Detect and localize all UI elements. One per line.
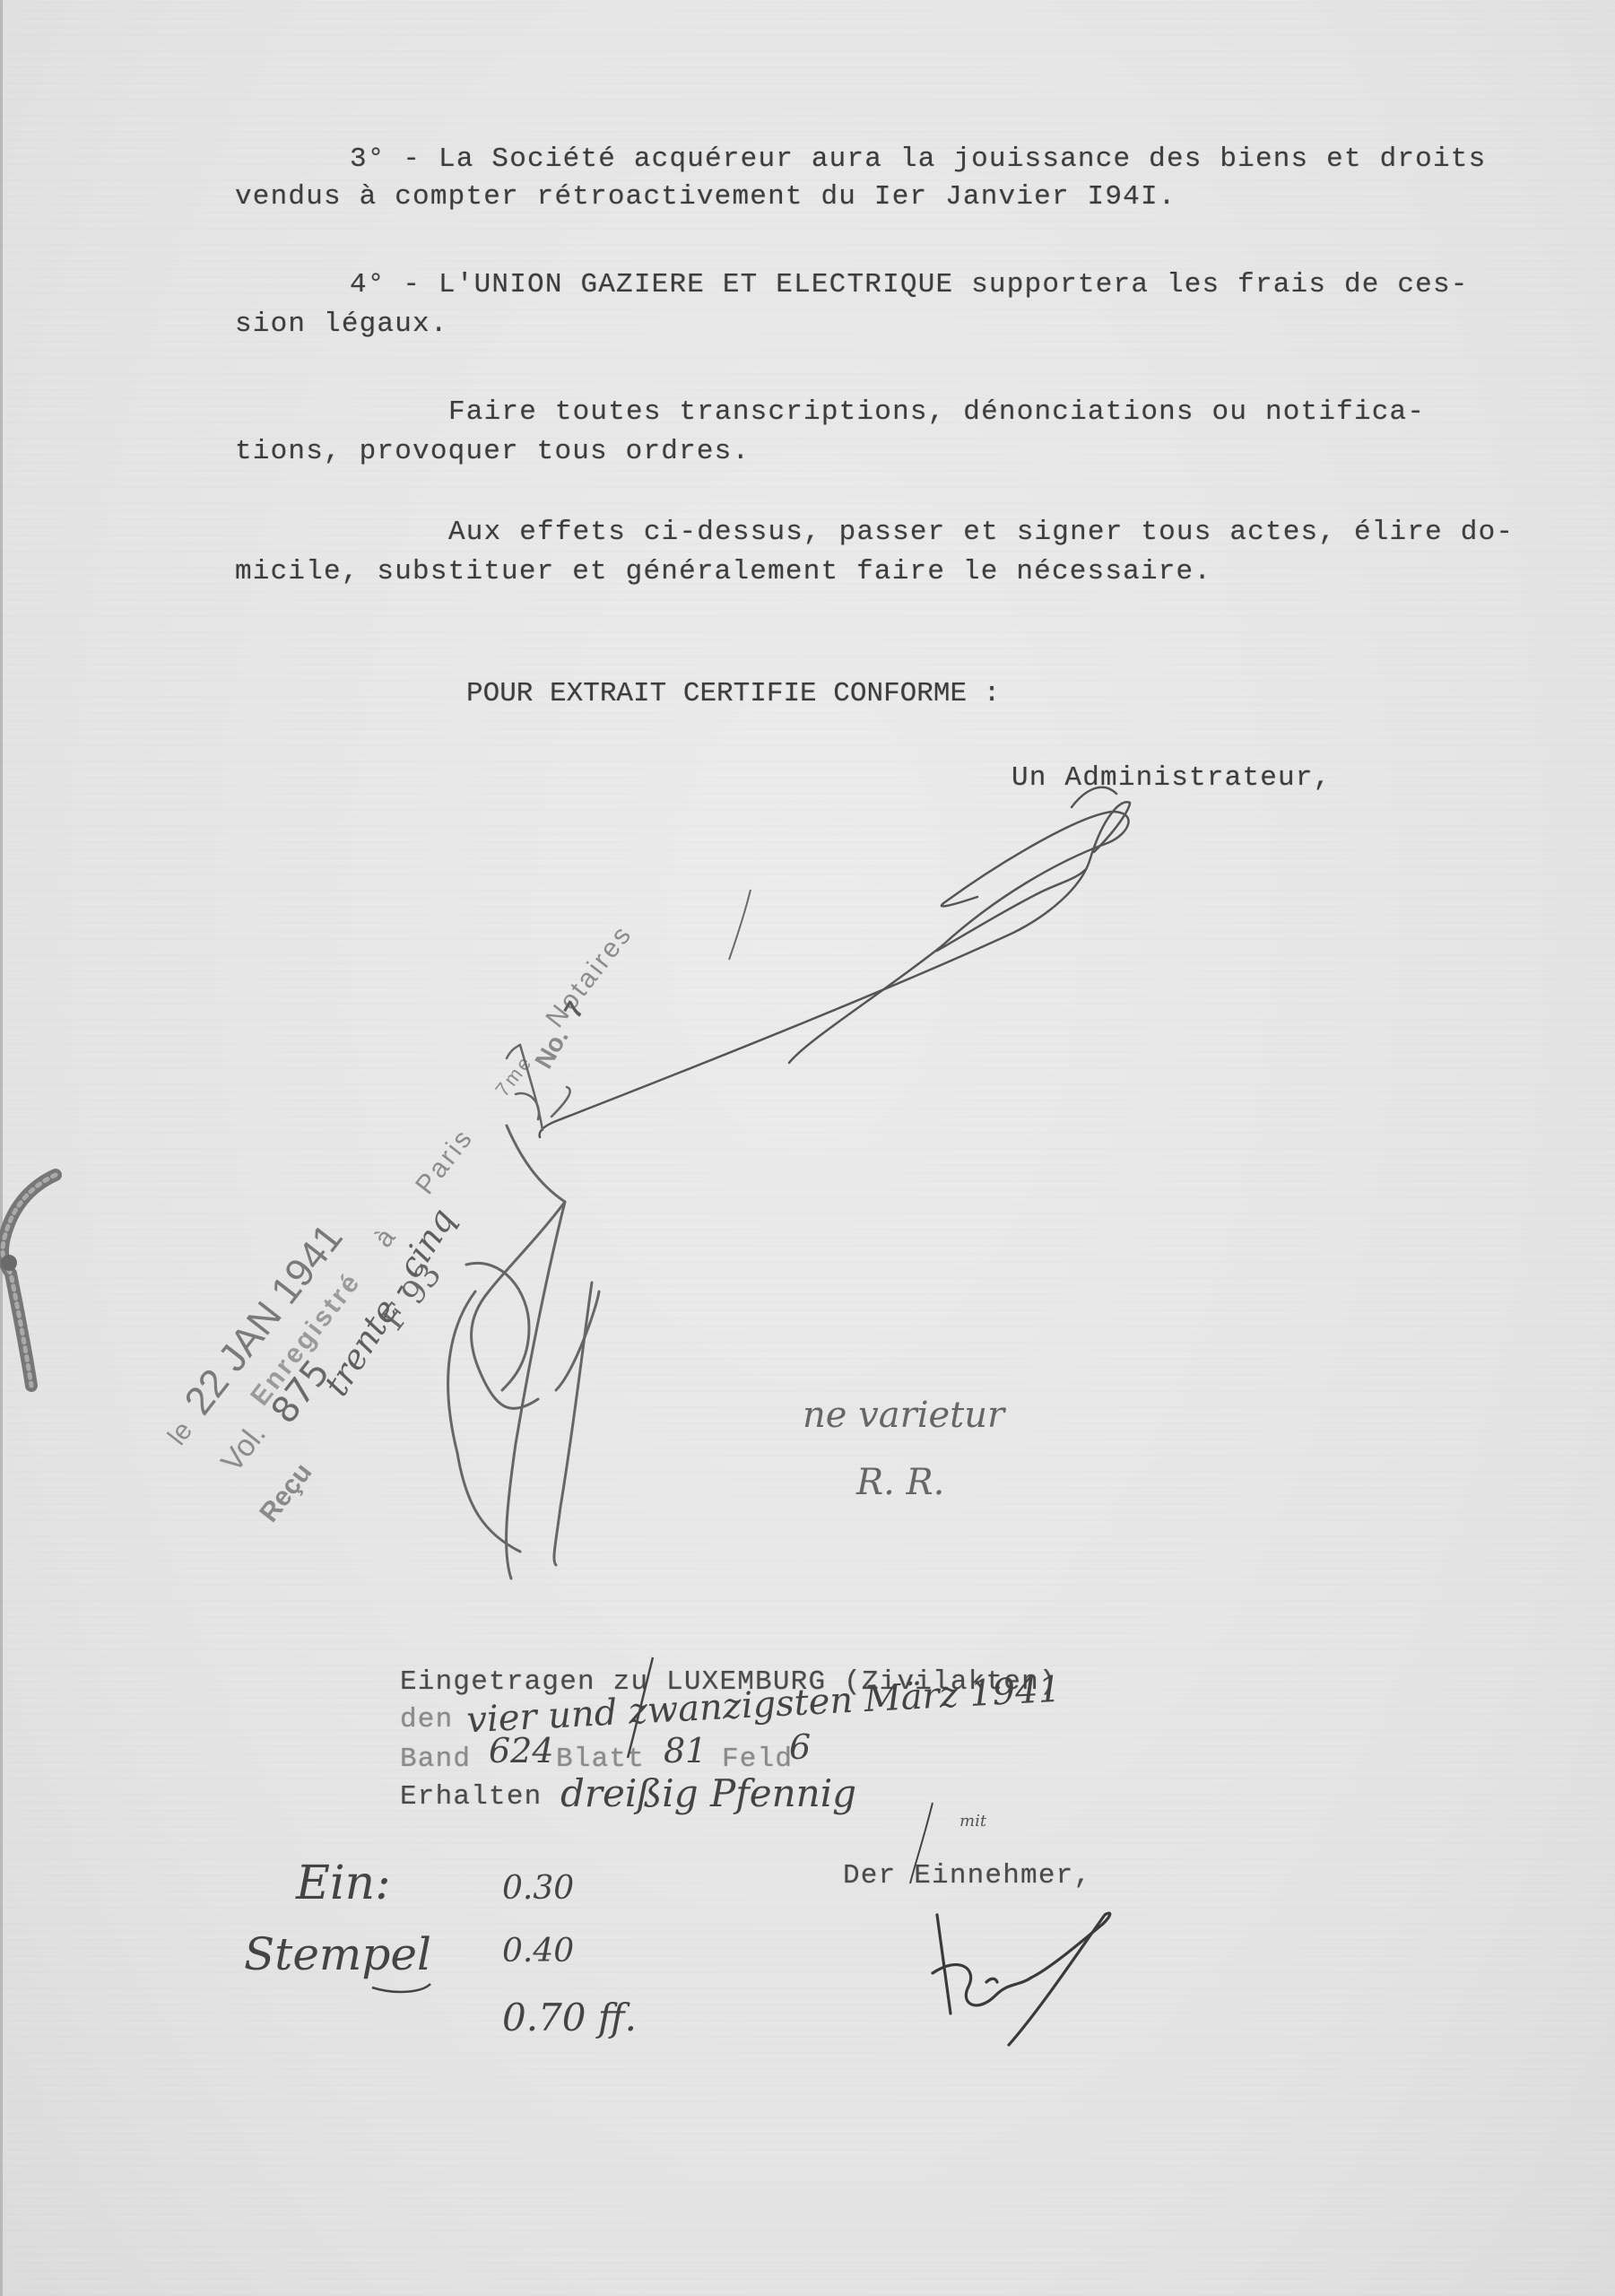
- binding-cord: [1, 1175, 56, 1386]
- handwriting-ascender: [628, 1657, 653, 1758]
- handwriting-descender: [910, 1803, 933, 1883]
- einnehmer-signature: [933, 1913, 1110, 2045]
- stray-pen-stroke: [729, 890, 751, 960]
- fee-sum-underline: [372, 1984, 430, 1992]
- document-page: 3° - La Société acquéreur aura la jouiss…: [0, 0, 1615, 2296]
- administrator-signature: [540, 787, 1130, 1137]
- ink-strokes-layer: [0, 0, 1615, 2296]
- arrow-mark: [507, 1045, 570, 1130]
- receiver-signature-paris: [448, 1126, 599, 1578]
